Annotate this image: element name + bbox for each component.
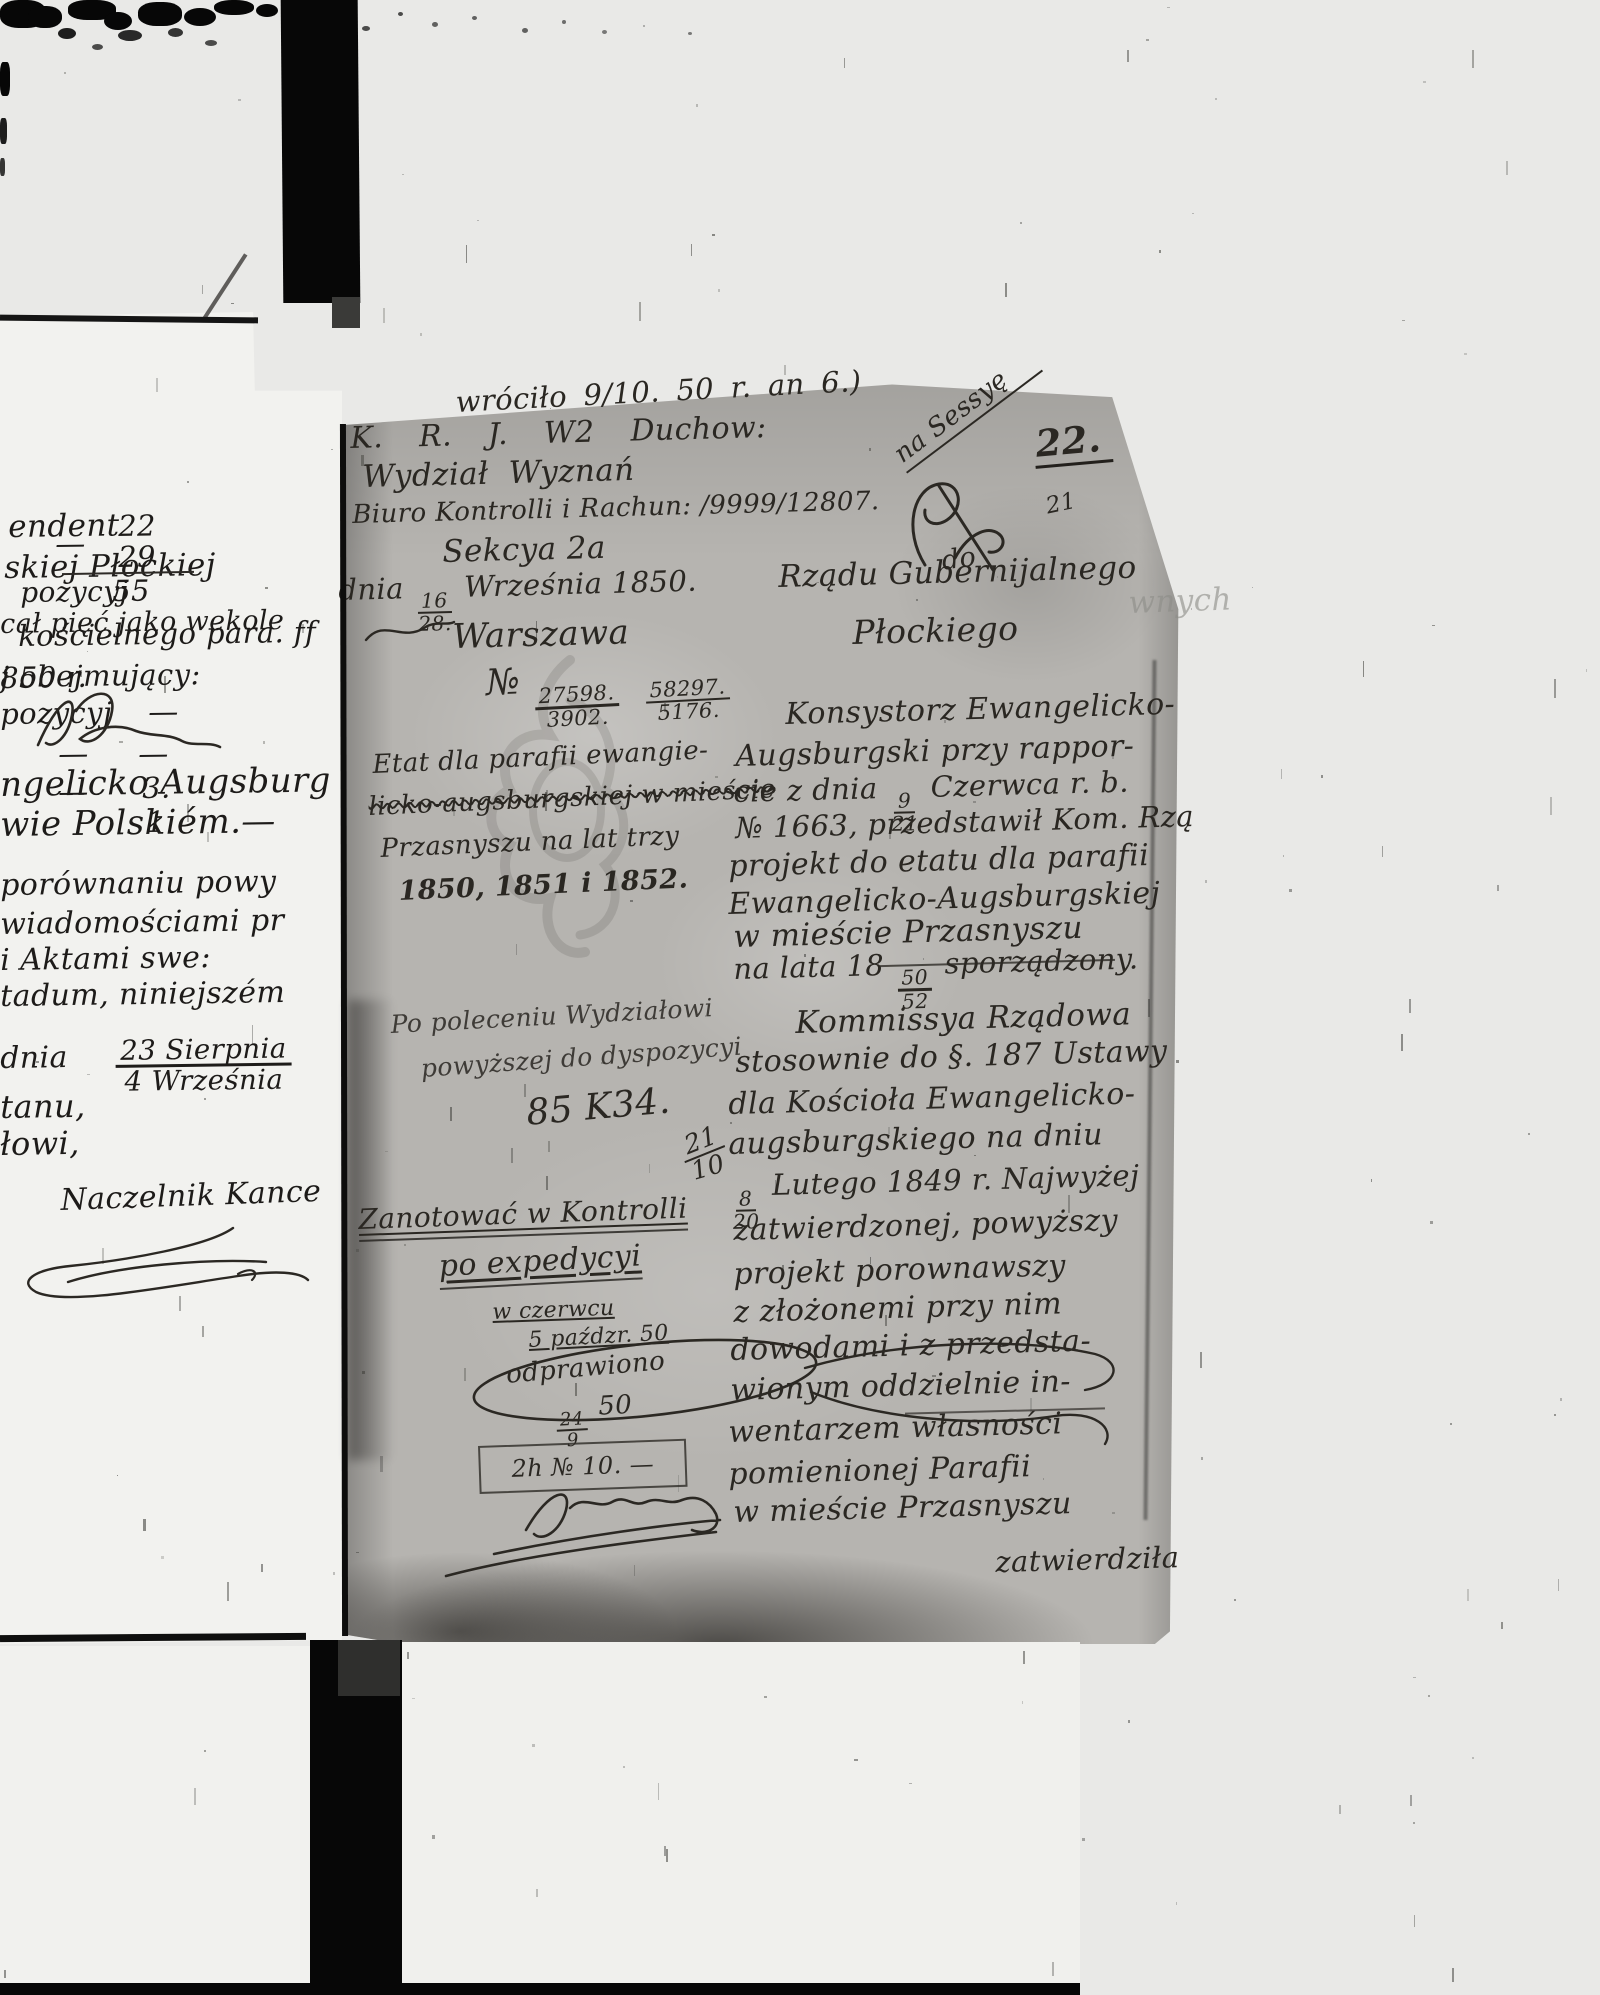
- film-blob: [256, 4, 278, 17]
- margin-note-line: Przasnyszu na lat trzy: [380, 823, 680, 862]
- film-edge-mark: [0, 62, 10, 96]
- city-swash: [362, 612, 457, 648]
- film-blob: [92, 44, 103, 50]
- film-edge-mark: [0, 118, 7, 144]
- film-blob: [168, 28, 183, 37]
- film-blob: [184, 8, 216, 26]
- amount-note: 85 K34.: [525, 1083, 672, 1131]
- body-line: Kommissya Rządowa: [795, 999, 1132, 1039]
- body-line: zatwierdzonej, powyższy: [733, 1206, 1118, 1246]
- body-line: projekt porownawszy: [733, 1251, 1066, 1290]
- film-frame-bottom-strip: [0, 1983, 1080, 1995]
- body-line: stosownie do §. 187 Ustawy: [735, 1037, 1168, 1078]
- film-speck: [398, 12, 403, 16]
- clerk-signature: [430, 1480, 760, 1590]
- body-line: z złożonemi przy nim: [733, 1289, 1062, 1328]
- numero-fraction1-den: 3902.: [546, 707, 609, 731]
- body-line: dla Kościoła Ewangelicko-: [728, 1079, 1136, 1120]
- film-speck: [562, 20, 566, 24]
- film-blob: [138, 2, 182, 26]
- film-bar-bottom-notch: [338, 1640, 400, 1696]
- body-line: zatwierdziła: [995, 1543, 1180, 1577]
- numero-line: № 27598.3902. 58297.5176.: [485, 653, 735, 734]
- frame-number-small: 21: [1044, 490, 1078, 519]
- body-line-part: cie z dnia: [733, 771, 878, 809]
- margin-note-line: Etat dla parafii ewangie-: [372, 737, 709, 778]
- microfilm-scan: { "film": { "frame_number": "22.", "fram…: [0, 0, 1600, 1995]
- disposition-note-line: Po poleceniu Wydziałowi: [390, 995, 714, 1037]
- margin-note-line: licko-augsburgskiej w mieście: [368, 776, 776, 820]
- film-edge-mark: [0, 158, 5, 176]
- margin-note-line: 1850, 1851 i 1852.: [398, 865, 689, 905]
- body-line: w mieście Przasnyszu: [733, 1489, 1072, 1528]
- disposition-note-line: powyższej do dyspozycyi: [420, 1034, 743, 1081]
- film-speck: [522, 28, 528, 33]
- body-line-part: Lutego 1849 r. Najwyżej: [771, 1158, 1139, 1202]
- film-blob: [104, 12, 132, 30]
- expedition-note-line: w czerwcu: [492, 1298, 615, 1324]
- return-note: wróciło 9/10. 50 r. an 6.): [455, 367, 862, 417]
- control-note: Zanotować w Kontrolli: [358, 1195, 688, 1242]
- film-blob: [214, 0, 254, 15]
- control-note2: po expedycyi: [438, 1241, 642, 1290]
- film-speck: [602, 30, 607, 34]
- office-abbreviation: K. R. J. W2 Duchow:: [350, 413, 767, 454]
- main-page-text-layer: wróciło 9/10. 50 r. an 6.) K. R. J. W2 D…: [0, 0, 1600, 1995]
- film-blob: [28, 6, 62, 28]
- section-line: Sekcya 2a: [442, 533, 606, 568]
- bureau-line: Biuro Kontrolli i Rachun: /9999/12807.: [352, 488, 880, 528]
- numero-fraction2-den: 5176.: [657, 700, 720, 724]
- city-line: Warszawa: [452, 615, 630, 654]
- date-month-year: Września 1850.: [464, 564, 698, 604]
- dispatched-oval-flourish: [455, 1332, 1135, 1462]
- film-speck: [688, 32, 692, 35]
- body-line-part: na lata 18: [733, 948, 885, 986]
- film-blob: [118, 30, 142, 41]
- film-bar-top: [281, 0, 361, 303]
- frame-number: 22.: [1032, 419, 1113, 469]
- film-blob: [205, 40, 217, 46]
- date-prefix: dnia: [338, 571, 404, 607]
- film-blob: [58, 28, 76, 39]
- addressee-line2: Płockiego: [852, 612, 1019, 649]
- body-line: projekt do etatu dla parafii: [728, 841, 1150, 882]
- film-speck: [362, 26, 370, 31]
- department-line: Wydział Wyznań: [362, 455, 635, 493]
- body-line: Konsystorz Ewangelicko-: [785, 690, 1175, 730]
- body-line: augsburgskiego na dniu: [728, 1120, 1103, 1160]
- film-bar-top-notch: [332, 297, 360, 328]
- date-fraction-2110: 2110: [668, 1108, 736, 1187]
- numero-flourish: [895, 470, 1025, 585]
- session-note: na Sessyę: [888, 346, 1043, 474]
- numero-sign: №: [485, 661, 522, 704]
- body-line-part: Czerwca r. b.: [930, 765, 1129, 804]
- film-speck: [472, 16, 477, 20]
- film-speck: [432, 22, 438, 27]
